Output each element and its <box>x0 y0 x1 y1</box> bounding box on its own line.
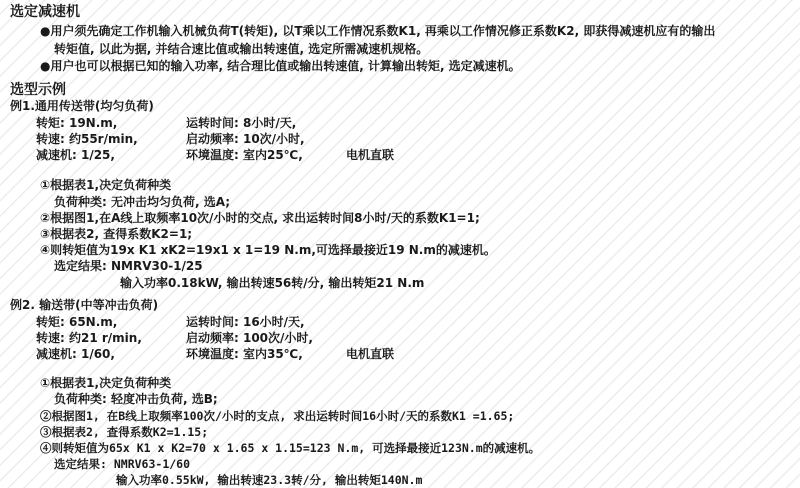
example-2-motor: 电机直联 <box>346 347 394 361</box>
example-2-result-model: NMRV63-1/60 <box>114 457 190 471</box>
example-1-motor: 电机直联 <box>346 148 394 162</box>
example-2-reducer: 减速机: 1/60, <box>36 347 115 361</box>
example-2-runtime: 运转时间: 16小时/天, <box>186 315 305 329</box>
example-1-step-4: ④则转矩值为19x K1 xK2=19x1 x 1=19 N.m,可选择最接近1… <box>40 243 496 257</box>
example-2-result-detail: 输入功率0.55kW, 输出转速23.3转/分, 输出转矩140N.m <box>116 473 422 487</box>
example-2-speed: 转速: 约21 r/min, <box>36 331 142 345</box>
example-1-result: 选定结果: NMRV30-1/25 <box>54 259 203 273</box>
example-2-env-temperature: 环境温度: 室内35℃, <box>186 347 303 361</box>
bullet-1-line-2: 转矩值, 以此为据, 并结合速比值或输出转速值, 选定所需减速机规格。 <box>54 42 428 56</box>
example-1-title: 例1.通用传送带(均匀负荷) <box>10 99 154 113</box>
example-2-step-1: ①根据表1,决定负荷种类 <box>40 376 171 390</box>
bullet-1-line-1: ●用户须先确定工作机输入机械负荷T(转矩), 以T乘以工作情况系数K1, 再乘以… <box>40 24 715 38</box>
section-title-examples: 选型示例 <box>10 82 66 98</box>
section-title-select-reducer: 选定减速机 <box>10 4 80 20</box>
example-1-result-model: NMRV30-1/25 <box>111 259 203 273</box>
example-1-runtime: 运转时间: 8小时/天, <box>186 116 296 130</box>
example-2-result-label: 选定结果: <box>54 457 114 471</box>
example-1-env-temperature: 环境温度: 室内25℃, <box>186 148 303 162</box>
example-2-title: 例2. 输送带(中等冲击负荷) <box>10 298 158 312</box>
example-1-torque: 转矩: 19N.m, <box>36 116 117 130</box>
example-2-step-4: ④则转矩值为65x K1 x K2=70 x 1.65 x 1.15=123 N… <box>40 441 540 455</box>
example-1-result-label: 选定结果: <box>54 259 111 273</box>
example-1-speed: 转速: 约55r/min, <box>36 132 138 146</box>
example-1-reducer: 减速机: 1/25, <box>36 148 115 162</box>
bullet-2: ●用户也可以根据已知的输入功率, 结合理比值或输出转速值, 计算输出转矩, 选定… <box>40 59 521 73</box>
example-1-result-detail: 输入功率0.18kW, 输出转速56转/分, 输出转矩21 N.m <box>120 276 424 290</box>
example-1-start-frequency: 启动频率: 10次/小时, <box>186 132 305 146</box>
example-2-step-1-detail: 负荷种类: 轻度冲击负荷, 选B; <box>54 392 218 406</box>
example-2-step-2: ②根据图1, 在B线上取频率100次/小时的支点, 求出运转时间16小时/天的系… <box>40 409 514 423</box>
example-1-step-1: ①根据表1,决定负荷种类 <box>40 178 171 192</box>
example-1-step-1-detail: 负荷种类: 无冲击均匀负荷, 选A; <box>54 195 230 209</box>
example-2-step-3: ③根据表2, 查得系数K2=1.15; <box>40 425 208 439</box>
example-1-step-3: ③根据表2, 查得系数K2=1; <box>40 227 192 241</box>
example-2-start-frequency: 启动频率: 100次/小时, <box>186 331 313 345</box>
example-2-result: 选定结果: NMRV63-1/60 <box>54 457 190 471</box>
example-1-step-2: ②根据图1,在A线上取频率10次/小时的交点, 求出运转时间8小时/天的系数K1… <box>40 211 480 225</box>
example-2-torque: 转矩: 65N.m, <box>36 315 117 329</box>
